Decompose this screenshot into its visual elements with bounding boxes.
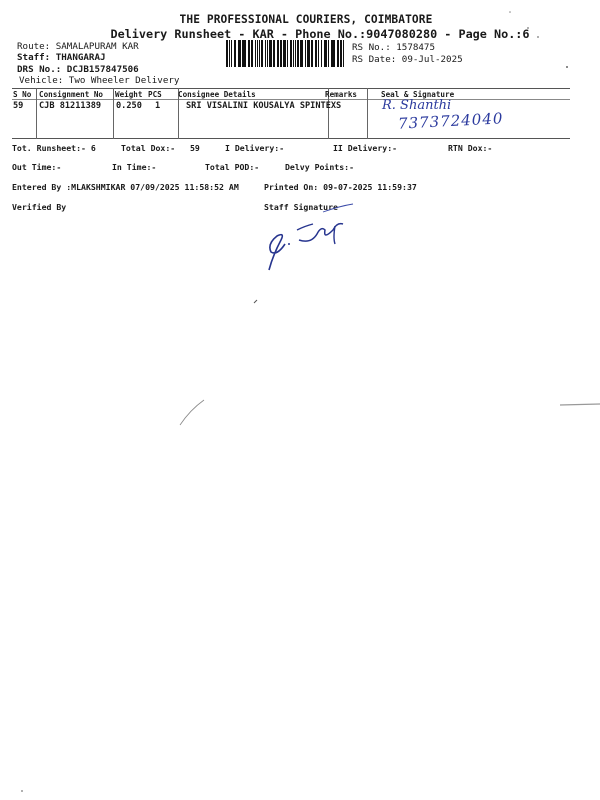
scan-artifacts	[0, 0, 600, 800]
